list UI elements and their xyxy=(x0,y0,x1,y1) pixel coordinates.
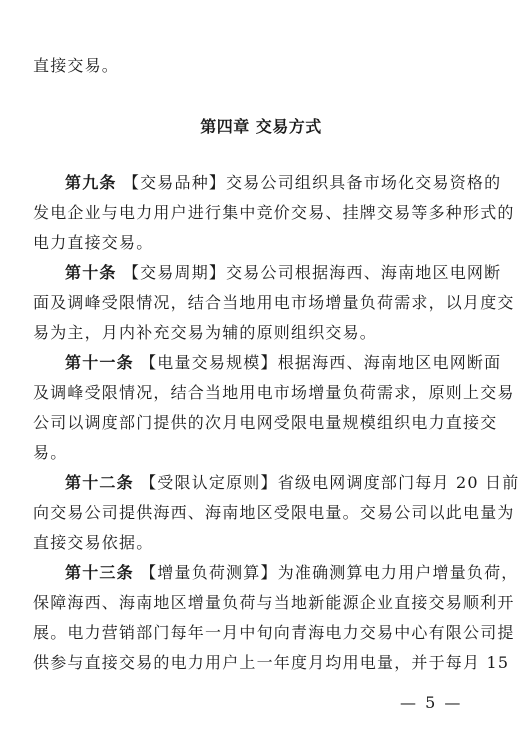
article-number: 第十二条 xyxy=(65,473,134,492)
article-number: 第十条 xyxy=(65,263,117,282)
article-12-line-1: 第十二条 【受限认定原则】省级电网调度部门每月 20 日前 xyxy=(65,473,475,493)
article-10-line-1: 第十条 【交易周期】交易公司根据海西、海南地区电网断 xyxy=(65,263,475,283)
article-number: 第九条 xyxy=(65,173,117,192)
article-9-line-2: 发电企业与电力用户进行集中竞价交易、挂牌交易等多种形式的 xyxy=(33,203,475,223)
chapter-heading: 第四章 交易方式 xyxy=(0,114,522,137)
article-11-line-2: 及调峰受限情况，结合当地用电市场增量负荷需求，原则上交易 xyxy=(33,383,475,403)
continuation-text: 直接交易。 xyxy=(33,56,475,76)
article-number: 第十三条 xyxy=(65,563,134,582)
article-10-line-2: 面及调峰受限情况，结合当地用电市场增量负荷需求，以月度交 xyxy=(33,293,475,313)
article-text: 【交易品种】交易公司组织具备市场化交易资格的 xyxy=(123,173,501,192)
article-12-line-2: 向交易公司提供海西、海南地区受限电量。交易公司以此电量为 xyxy=(33,503,475,523)
article-13-line-3: 展。电力营销部门每年一月中旬向青海电力交易中心有限公司提 xyxy=(33,623,475,643)
article-13-line-1: 第十三条 【增量负荷测算】为准确测算电力用户增量负荷， xyxy=(65,563,475,583)
article-11-line-1: 第十一条 【电量交易规模】根据海西、海南地区电网断面 xyxy=(65,353,475,373)
article-text: 【电量交易规模】根据海西、海南地区电网断面 xyxy=(140,353,501,372)
article-number: 第十一条 xyxy=(65,353,134,372)
article-13-line-2: 保障海西、海南地区增量负荷与当地新能源企业直接交易顺利开 xyxy=(33,593,475,613)
page-number: — 5 — xyxy=(400,693,462,712)
document-page: 直接交易。 第四章 交易方式 第九条 【交易品种】交易公司组织具备市场化交易资格… xyxy=(0,0,522,745)
article-10-line-3: 易为主，月内补充交易为辅的原则组织交易。 xyxy=(33,323,475,343)
article-11-line-4: 易。 xyxy=(33,443,475,463)
article-text: 【增量负荷测算】为准确测算电力用户增量负荷， xyxy=(140,563,518,582)
article-12-line-3: 直接交易依据。 xyxy=(33,533,475,553)
article-text: 【交易周期】交易公司根据海西、海南地区电网断 xyxy=(123,263,501,282)
article-13-line-4: 供参与直接交易的电力用户上一年度月均用电量，并于每月 15 xyxy=(33,653,475,673)
article-11-line-3: 公司以调度部门提供的次月电网受限电量规模组织电力直接交 xyxy=(33,413,475,433)
article-9-line-3: 电力直接交易。 xyxy=(33,233,475,253)
article-text: 【受限认定原则】省级电网调度部门每月 20 日前 xyxy=(140,473,519,492)
article-9-line-1: 第九条 【交易品种】交易公司组织具备市场化交易资格的 xyxy=(65,173,475,193)
